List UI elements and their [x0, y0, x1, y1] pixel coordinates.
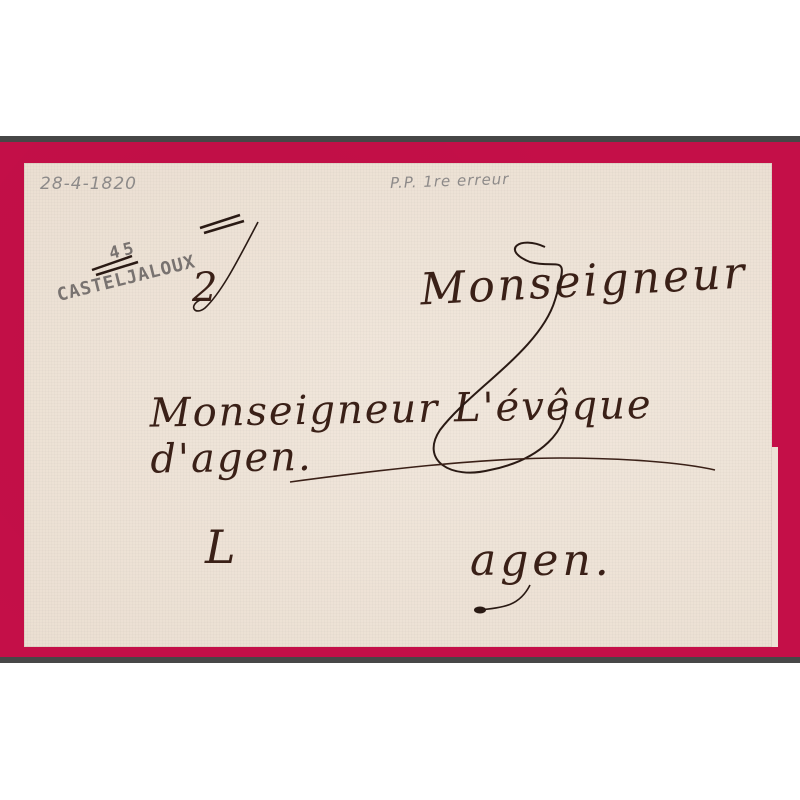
frame-band-bottom	[0, 657, 800, 663]
address-line-3-city: agen.	[470, 535, 613, 586]
manuscript-left-mark: L	[205, 520, 236, 574]
letter-fold-edge	[772, 447, 778, 647]
address-line-2: Monseigneur L'évêque d'agen.	[149, 379, 800, 482]
pencil-date-annotation: 28-4-1820	[40, 174, 137, 194]
manuscript-tax-mark: 2	[192, 265, 217, 311]
